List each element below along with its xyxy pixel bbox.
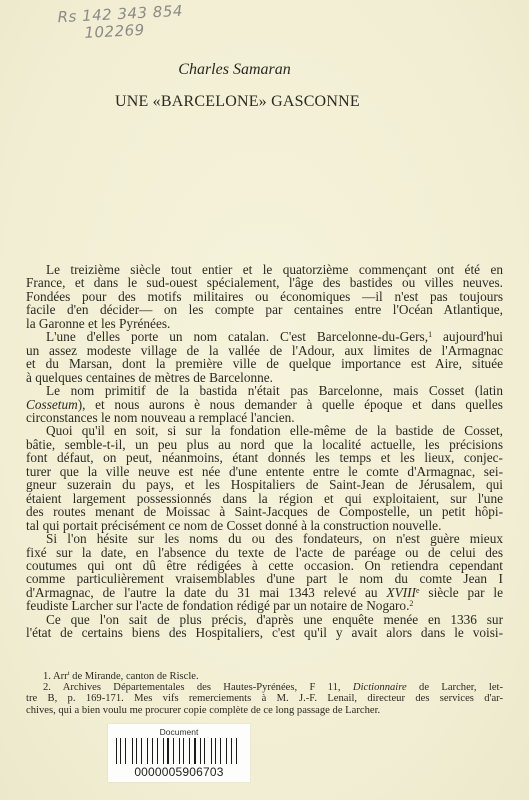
body-line: coutumes qui ont dû être rédigées à cett… — [26, 559, 503, 572]
barcode-number: 0000005906703 — [108, 765, 250, 779]
body-line: l'état de certains biens des Hospitalier… — [26, 626, 503, 639]
body-line: Fondées pour des motifs militaires ou éc… — [26, 290, 503, 303]
body-line: la Garonne et les Pyrénées. — [26, 317, 503, 330]
body-line: bâtie, semble-t-il, un peu plus au nord … — [26, 438, 503, 451]
body-line: turer que la ville neuve est née d'une e… — [26, 465, 503, 478]
body-line: à quelques centaines de mètres de Barcel… — [26, 371, 503, 384]
body-text: Le treizième siècle tout entier et le qu… — [26, 263, 503, 640]
article-title: UNE «BARCELONE» GASCONNE — [115, 93, 360, 111]
body-line: gneur suzerain du pays, et les Hospitali… — [26, 478, 503, 491]
body-line: circonstances le nom nouveau a remplacé … — [26, 411, 503, 424]
footnotes: 1. Arrt de Mirande, canton de Riscle.2. … — [26, 671, 503, 716]
barcode-label: Document 0000005906703 — [108, 724, 250, 782]
body-line: Si l'on hésite sur les noms du ou des fo… — [26, 532, 503, 545]
body-line: Ce que l'on sait de plus précis, d'après… — [26, 613, 503, 626]
footnote-line: chives, qui a bien voulu me procurer cop… — [26, 705, 503, 716]
body-line: comme particulièrement vraisemblables d'… — [26, 572, 503, 585]
body-line: fixé sur la date, en l'absence du texte … — [26, 546, 503, 559]
footnote-line: 1. Arrt de Mirande, canton de Riscle. — [26, 671, 503, 682]
body-line: feudiste Larcher sur l'acte de fondation… — [26, 599, 503, 612]
body-line: un assez modeste village de la vallée de… — [26, 344, 503, 357]
barcode-label-title: Document — [108, 727, 250, 737]
document-page: Rs 142 343 854 102269 Charles Samaran UN… — [0, 0, 529, 800]
body-line: France, et dans le sud-ouest spécialemen… — [26, 276, 503, 289]
author-name: Charles Samaran — [0, 61, 529, 79]
body-line: facile d'en décider— on les compte par c… — [26, 303, 503, 316]
body-line: étaient largement possessionnés dans la … — [26, 492, 503, 505]
body-line: tal qui portait précisément ce nom de Co… — [26, 519, 503, 532]
body-line: Cossetum), et nous aurons è nous demande… — [26, 398, 503, 411]
body-line: des routes menant de Moissac à Saint-Jac… — [26, 505, 503, 518]
pencil-annotation: Rs 142 343 854 102269 — [57, 3, 184, 44]
footnote-line: 2. Archives Départementales des Hautes-P… — [26, 682, 503, 693]
body-line: d'Armagnac, de l'autre la date du 31 mai… — [26, 586, 503, 599]
body-line: font défaut, on peut, néanmoins, étant d… — [26, 451, 503, 464]
body-line: Quoi qu'il en soit, si sur la fondation … — [26, 424, 503, 437]
body-line: Le nom primitif de la bastida n'était pa… — [26, 384, 503, 397]
body-line: Le treizième siècle tout entier et le qu… — [26, 263, 503, 276]
barcode-icon — [116, 738, 242, 764]
footnote-line: tre B, p. 169-171. Mes vifs remerciement… — [26, 693, 503, 704]
body-line: L'une d'elles porte un nom catalan. C'es… — [26, 330, 503, 343]
body-line: et du Marsan, dont la première ville de … — [26, 357, 503, 370]
